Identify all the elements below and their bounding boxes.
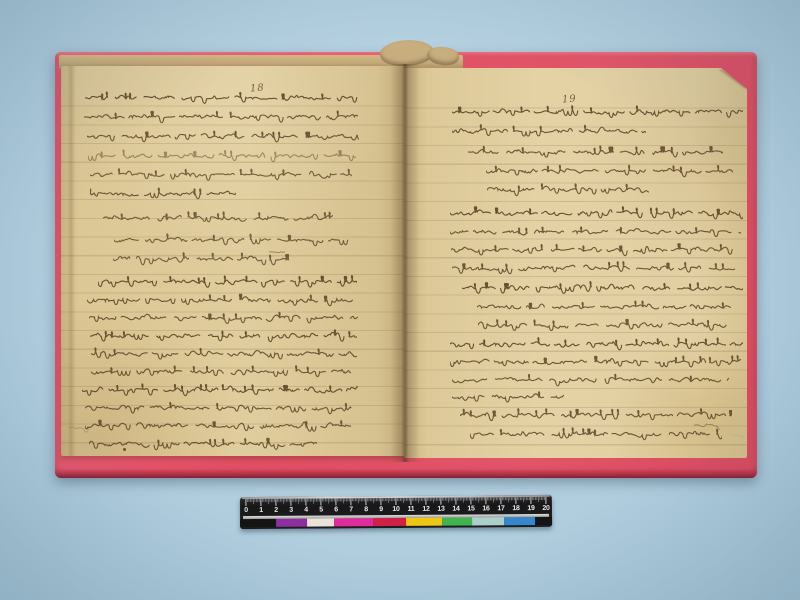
- ruler-number: 3: [289, 507, 293, 514]
- handwriting-line: [82, 380, 358, 400]
- handwriting-line: [89, 434, 317, 454]
- handwriting-line: [91, 362, 351, 382]
- handwriting-line: [90, 165, 352, 185]
- handwriting-line: [450, 352, 741, 372]
- ruler-number: 19: [527, 505, 534, 512]
- color-patch-blue: [504, 517, 535, 525]
- handwriting-line: [85, 398, 357, 418]
- left-page: 18: [61, 66, 404, 456]
- color-patch-green: [442, 517, 472, 525]
- ruler-number: 12: [422, 506, 429, 513]
- handwriting-line: [452, 102, 743, 122]
- handwriting-line: [450, 203, 743, 223]
- handwriting-line: [98, 272, 357, 292]
- handwriting-line: [90, 326, 357, 346]
- ruler-number: 18: [512, 505, 519, 512]
- handwriting-line: [487, 180, 649, 200]
- handwriting-line: [452, 121, 646, 141]
- handwriting-line: [113, 249, 289, 269]
- handwriting-line: [69, 418, 89, 438]
- handwriting-line: [462, 278, 743, 298]
- handwriting-line: [470, 424, 722, 444]
- color-patch-yellow: [406, 518, 442, 526]
- color-patch-purple: [276, 519, 307, 527]
- handwriting-line: [460, 405, 732, 425]
- ruler-number: 17: [497, 505, 504, 512]
- color-patch-black-end: [535, 517, 552, 525]
- handwriting-line: [452, 258, 736, 278]
- handwriting-line: [91, 344, 357, 364]
- ruler-number: 6: [334, 506, 338, 513]
- handwriting-line: [730, 425, 744, 445]
- handwriting-line: [88, 146, 356, 166]
- handwriting-line: [103, 208, 333, 228]
- ruler-number: 11: [408, 506, 415, 513]
- right-page: 19: [404, 68, 747, 458]
- color-calibration-patches: [240, 517, 552, 527]
- manuscript-book: 18 19: [55, 52, 757, 478]
- handwriting-line: [84, 107, 358, 127]
- measuring-ruler: 01234567891011121314151617181920: [240, 495, 552, 529]
- color-patch-off-white: [307, 518, 334, 526]
- handwriting-line: [89, 308, 358, 328]
- handwriting-line: [468, 142, 723, 162]
- ruler-number: 9: [379, 506, 383, 513]
- color-patch-crimson: [373, 518, 406, 526]
- handwriting-line: [486, 161, 733, 181]
- ruler-number: 14: [452, 506, 459, 513]
- ruler-number: 13: [437, 506, 444, 513]
- handwriting-line: [85, 416, 351, 436]
- handwriting-line: [114, 230, 350, 250]
- ruler-number: 8: [364, 506, 368, 513]
- ruler-number: 5: [319, 507, 323, 514]
- color-patch-magenta: [334, 518, 373, 526]
- handwriting-line: [87, 290, 358, 310]
- color-patch-black: [240, 519, 276, 527]
- handwriting-line: [87, 126, 359, 146]
- handwriting-line: [477, 297, 738, 317]
- ruler-number: 0: [244, 507, 248, 514]
- handwriting-line: [478, 315, 731, 335]
- handwriting-line: [90, 184, 236, 204]
- ruler-number: 4: [304, 507, 308, 514]
- ruler-number: 16: [482, 505, 489, 512]
- ruler-number: 7: [349, 506, 353, 513]
- color-patch-pale-cyan: [472, 517, 504, 525]
- handwriting-line: [450, 222, 741, 242]
- handwriting-line: [451, 240, 739, 260]
- ruler-number: 1: [259, 507, 263, 514]
- ruler-number: 10: [392, 506, 399, 513]
- handwriting-line: [452, 387, 564, 407]
- ruler-number: 2: [274, 507, 278, 514]
- photo-backdrop: 18 19 01234567891011121314151617181920: [0, 0, 800, 600]
- handwriting-line: [85, 88, 359, 108]
- handwriting-line: [450, 334, 743, 354]
- ruler-number: 20: [542, 505, 549, 512]
- ruler-number: 15: [467, 505, 474, 512]
